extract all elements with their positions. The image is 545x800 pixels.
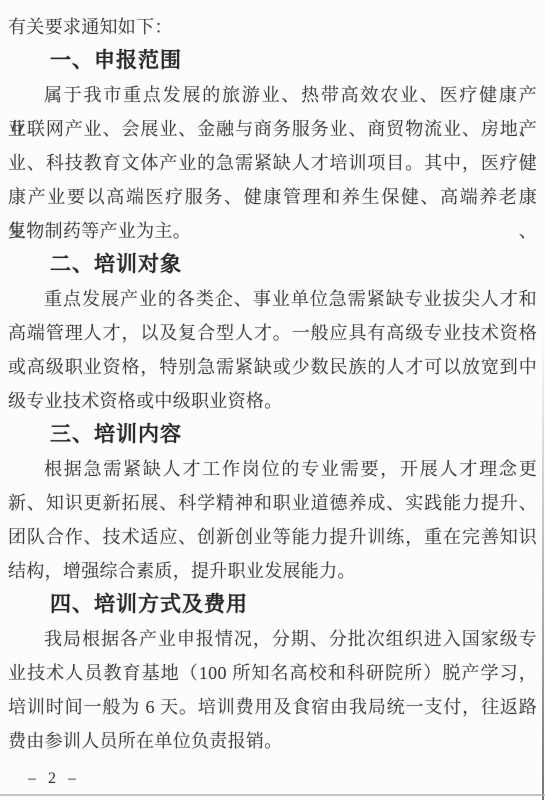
scan-edge-artifact-right xyxy=(542,330,544,800)
section-3-heading: 三、培训内容 xyxy=(8,418,537,452)
document-page: 有关要求通知如下： 一、申报范围 属于我市重点发展的旅游业、热带高效农业、医疗健… xyxy=(0,0,545,800)
section-1-body-line-4: 康产业要以高端医疗服务、健康管理和养生保健、高端养老康复、 xyxy=(8,180,537,214)
section-3-body-line-2: 新、知识更新拓展、科学精神和职业道德养成、实践能力提升、 xyxy=(8,486,537,520)
section-4-heading: 四、培训方式及费用 xyxy=(8,588,537,622)
section-2-body-line-2: 高端管理人才，以及复合型人才。一般应具有高级专业技术资格 xyxy=(8,316,537,350)
section-3-body-line-4: 结构，增强综合素质，提升职业发展能力。 xyxy=(8,554,537,588)
page-number: – 2 – xyxy=(28,770,80,788)
section-1-heading: 一、申报范围 xyxy=(8,44,537,78)
section-3-body-line-3: 团队合作、技术适应、创新创业等能力提升训练，重在完善知识 xyxy=(8,520,537,554)
section-2-body-line-1: 重点发展产业的各类企、事业单位急需紧缺专业拔尖人才和 xyxy=(8,282,537,316)
section-4-body-line-3: 培训时间一般为 6 天。培训费用及食宿由我局统一支付，往返路 xyxy=(8,690,537,724)
section-3-body-line-1: 根据急需紧缺人才工作岗位的专业需要，开展人才理念更 xyxy=(8,452,537,486)
section-2-heading: 二、培训对象 xyxy=(8,248,537,282)
section-1-body-line-3: 业、科技教育文体产业的急需紧缺人才培训项目。其中，医疗健 xyxy=(8,146,537,180)
section-2-body-line-4: 级专业技术资格或中级职业资格。 xyxy=(8,384,537,418)
section-4-body-line-4: 费由参训人员所在单位负责报销。 xyxy=(8,724,537,758)
scan-edge-artifact-bottom xyxy=(0,794,545,796)
intro-line: 有关要求通知如下： xyxy=(8,10,537,44)
section-1-body-line-2: 互联网产业、会展业、金融与商务服务业、商贸物流业、房地产 xyxy=(8,112,537,146)
section-4-body-line-2: 业技术人员教育基地（100 所知名高校和科研院所）脱产学习， xyxy=(8,656,537,690)
document-content: 有关要求通知如下： 一、申报范围 属于我市重点发展的旅游业、热带高效农业、医疗健… xyxy=(8,10,537,758)
section-1-body-line-1: 属于我市重点发展的旅游业、热带高效农业、医疗健康产业、 xyxy=(8,78,537,112)
section-4-body-line-1: 我局根据各产业申报情况，分期、分批次组织进入国家级专 xyxy=(8,622,537,656)
section-2-body-line-3: 或高级职业资格，特别急需紧缺或少数民族的人才可以放宽到中 xyxy=(8,350,537,384)
